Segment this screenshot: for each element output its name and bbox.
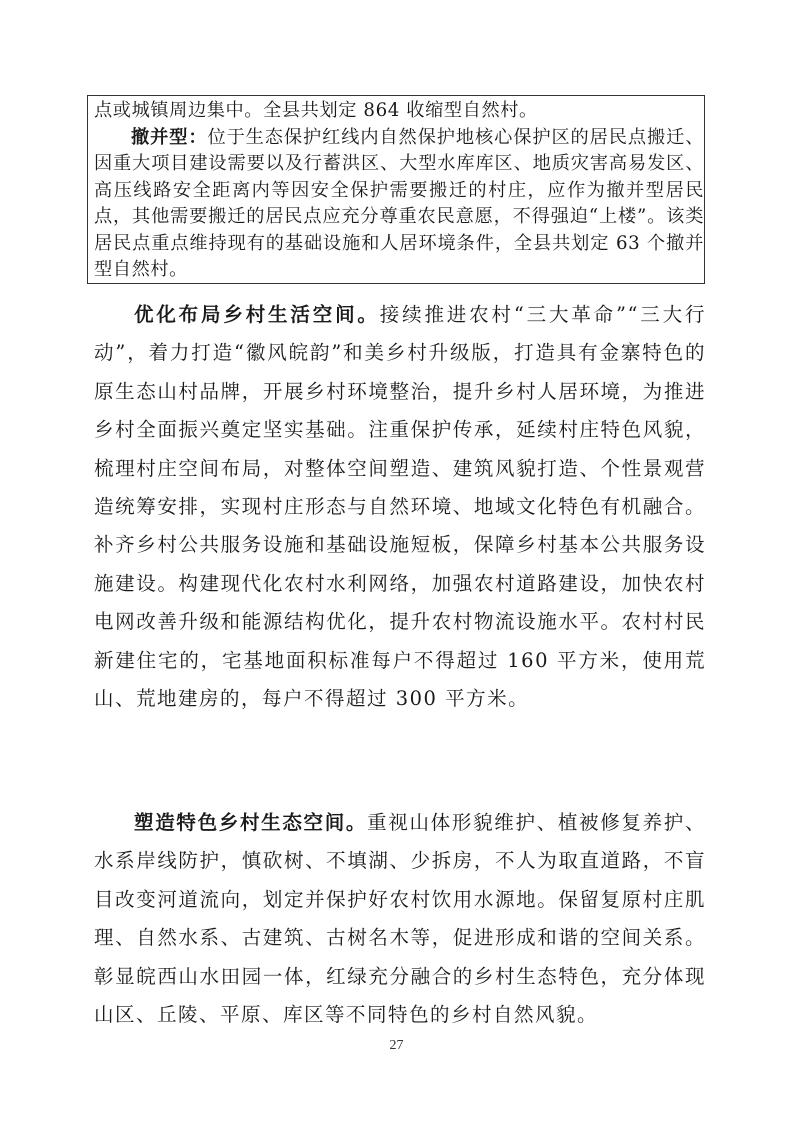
- box-line-1: 点或城镇周边集中。全县共划定 864 收缩型自然村。: [94, 98, 704, 125]
- section-paragraph: 塑造特色乡村生态空间。重视山体形貌维护、植被修复养护、水系岸线防护，慎砍树、不填…: [94, 804, 706, 1034]
- page-number: 27: [0, 1038, 793, 1054]
- relocation-type-heading: 撤并型：: [131, 127, 207, 148]
- section-ecological-space: 塑造特色乡村生态空间。重视山体形貌维护、植被修复养护、水系岸线防护，慎砍树、不填…: [94, 804, 706, 1034]
- section-living-space: 优化布局乡村生活空间。接续推进农村“三大革命”“三大行动”，着力打造“徽风皖韵”…: [94, 296, 706, 718]
- section-heading: 塑造特色乡村生态空间。: [134, 811, 367, 834]
- box-paragraph-relocation: 撤并型：位于生态保护红线内自然保护地核心保护区的居民点搬迁、因重大项目建设需要以…: [94, 125, 704, 284]
- relocation-type-text: 位于生态保护红线内自然保护地核心保护区的居民点搬迁、因重大项目建设需要以及行蓄洪…: [94, 127, 704, 281]
- section-paragraph: 优化布局乡村生活空间。接续推进农村“三大革命”“三大行动”，着力打造“徽风皖韵”…: [94, 296, 706, 718]
- section-text: 重视山体形貌维护、植被修复养护、水系岸线防护，慎砍树、不填湖、少拆房，不人为取直…: [94, 811, 706, 1026]
- section-heading: 优化布局乡村生活空间。: [134, 303, 380, 326]
- classification-textbox: 点或城镇周边集中。全县共划定 864 收缩型自然村。 撤并型：位于生态保护红线内…: [87, 95, 705, 284]
- section-text: 接续推进农村“三大革命”“三大行动”，着力打造“徽风皖韵”和美乡村升级版，打造具…: [94, 303, 706, 710]
